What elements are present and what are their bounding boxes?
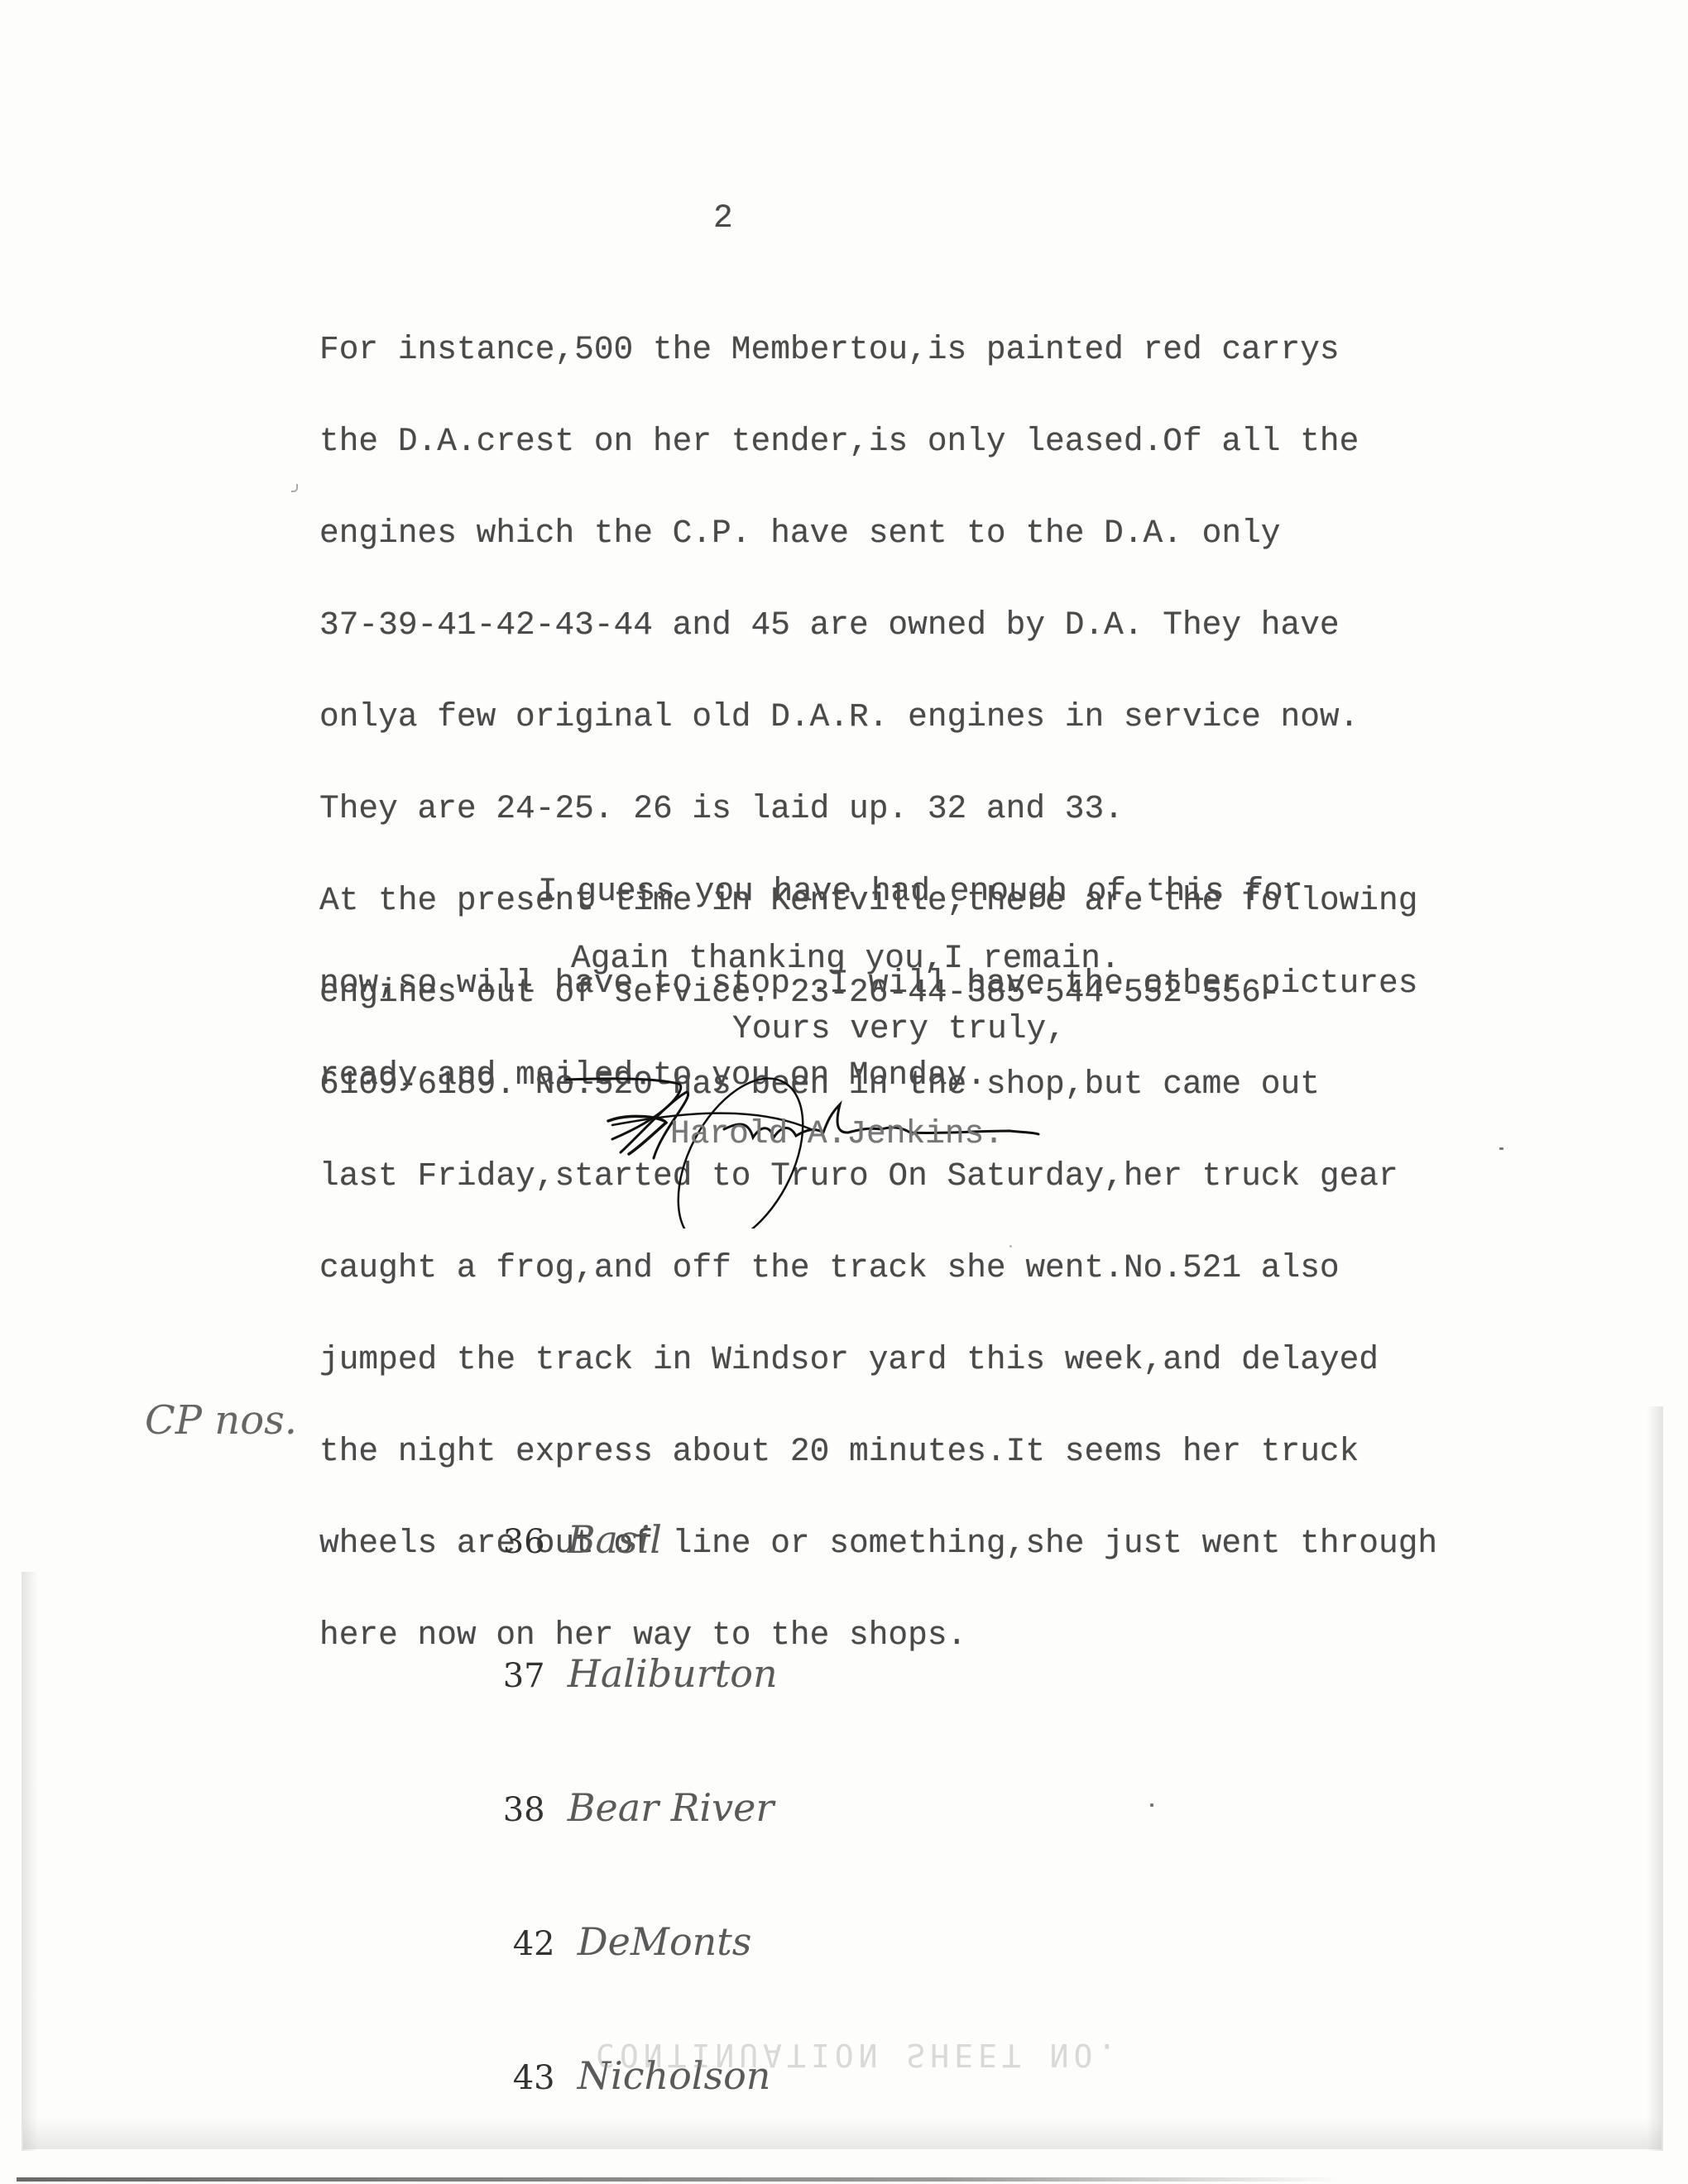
letter-page: 2 For instance,500 the Membertou,is pain… [0, 0, 1688, 2184]
bleed-through-text: CONTINUATION SHEET NO. [596, 2037, 1121, 2073]
list-item: 36Basil [430, 1473, 778, 1517]
engine-name: Haliburton [568, 1651, 778, 1696]
list-item: 42DeMonts [430, 1875, 778, 1919]
body-line: For instance,500 the Membertou,is painte… [319, 334, 1437, 365]
closing-line: Again thanking you,I remain. [571, 943, 1120, 974]
paper-speck [1499, 1147, 1503, 1150]
body-line: the D.A.crest on her tender,is only leas… [319, 426, 1437, 457]
body-line: jumped the track in Windsor yard this we… [319, 1344, 1437, 1375]
list-item: 37Haliburton [430, 1607, 778, 1651]
page-edge-shadow [23, 2118, 1662, 2149]
page-edge-shadow-right [1647, 1406, 1663, 2151]
engine-number: 42 [503, 1922, 578, 1966]
engine-number: 38 [503, 1788, 568, 1832]
engine-name: DeMonts [578, 1919, 752, 1964]
paper-speck [1150, 1803, 1153, 1807]
handwritten-label: CP nos. [145, 1398, 297, 1443]
body-line: 37-39-41-42-43-44 and 45 are owned by D.… [319, 610, 1437, 640]
engine-number: 36 [503, 1520, 568, 1564]
page-edge-shadow-left [22, 1572, 38, 2151]
body-line: caught a frog,and off the track she went… [319, 1252, 1437, 1283]
scan-edge-line [17, 2177, 1340, 2182]
engine-number: 37 [503, 1654, 568, 1698]
valediction: Yours very truly, [732, 1013, 1066, 1044]
paper-speck [1009, 1245, 1012, 1248]
body-line: onlya few original old D.A.R. engines in… [319, 702, 1437, 732]
signer-name: Harold A.Jenkins. [670, 1118, 1004, 1149]
engine-number: 43 [503, 2056, 578, 2100]
page-number: 2 [713, 203, 733, 233]
list-item: 38Bear River [430, 1741, 778, 1785]
handwritten-engine-list: 36Basil 37Haliburton 38Bear River 42DeMo… [430, 1383, 778, 2143]
body-line: engines which the C.P. have sent to the … [319, 518, 1437, 548]
margin-pencil-mark [291, 484, 298, 492]
engine-name: Basil [568, 1517, 662, 1562]
engine-name: Bear River [568, 1785, 774, 1830]
body-line: I guess you have had enough of this for [319, 876, 1417, 907]
